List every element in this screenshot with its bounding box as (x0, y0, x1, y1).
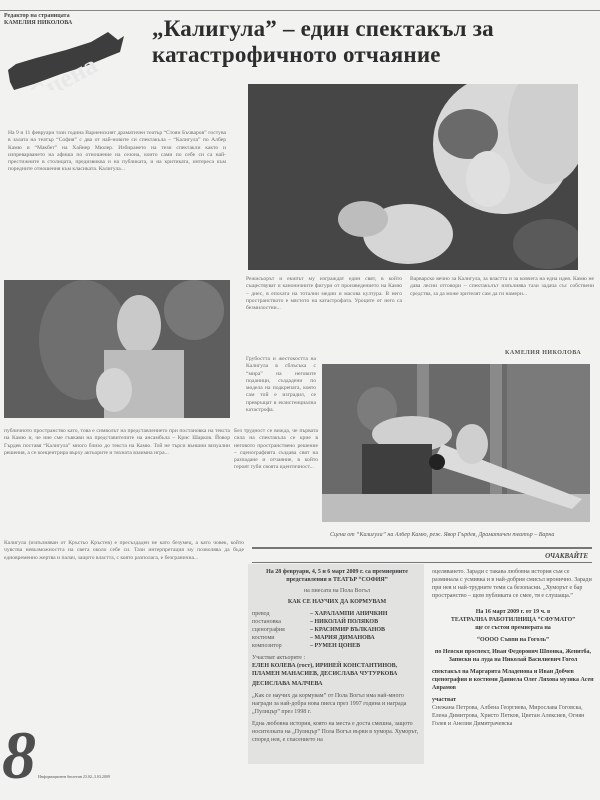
credit-row: превод– ХАРАЛАМПИ АНИЧКИН (252, 610, 422, 618)
article-headline: „Калигула” – един спектакъл за катастроф… (152, 16, 592, 68)
credit-name: – РУМЕН ЦОНЕВ (310, 642, 360, 650)
credit-name: – КРАСИМИР ВЪЛКАНОВ (310, 626, 385, 634)
section-banner: Сцена (6, 30, 126, 90)
credit-role: композитор (252, 642, 310, 650)
article-byline: КАМЕЛИЯ НИКОЛОВА (505, 350, 581, 356)
event1-continuation: оцеляването. Заради с такава любовна ист… (432, 568, 594, 600)
credit-name: – ХАРАЛАМПИ АНИЧКИН (310, 610, 387, 618)
event2-cast: Снежана Петрова, Албена Георгиева, Мирос… (432, 704, 594, 728)
credit-role: костюми (252, 634, 310, 642)
page-number: 8 (2, 720, 36, 790)
event2-cast-label: участват (432, 696, 594, 704)
event1-title: КАК СЕ НАУЧИХ ДА КОРМУВАМ (252, 598, 422, 606)
article-col-mid-lower: Без трудност се вижда, че първата сила н… (234, 428, 318, 528)
newspaper-page: Редактор на страницата КАМЕЛИЯ НИКОЛОВА … (0, 0, 600, 800)
event1-description: „Как се научих да кормувам” от Пола Вогъ… (252, 692, 422, 716)
event2-intro: На 16 март 2009 г. от 19 ч. в (432, 608, 594, 616)
event1-cast: ЕЛЕН КОЛЕВА (гост), ИРИНЕЙ КОНСТАНТИНОВ,… (252, 662, 422, 678)
editor-role: Редактор на страницата (4, 13, 124, 20)
credit-row: композитор– РУМЕН ЦОНЕВ (252, 642, 422, 650)
event1-intro: На 28 февруари, 4, 5 и 6 март 2009 г. са… (252, 568, 422, 584)
credit-name: – НИКОЛАЙ ПОЛЯКОВ (310, 618, 378, 626)
article-col-left-lower: публичното пространство като, това е сим… (4, 428, 230, 538)
section-divider-thin (252, 562, 592, 563)
photo-stage (322, 364, 590, 522)
paragraph: Без трудност се вижда, че първата сила н… (234, 428, 318, 472)
expect-label: ОЧАКВАЙТЕ (545, 552, 588, 560)
event1-subtitle: на пиесата на Пола Вогъл (252, 587, 422, 595)
event2-premiere: ще се състои премиерата на (432, 624, 594, 632)
event2-title: “ОООО Съвпи на Гоголь” (432, 636, 594, 644)
top-rule (0, 10, 600, 11)
credit-role: постановка (252, 618, 310, 626)
credit-row: костюми– МАРИЯ ДИМАНОВА (252, 634, 422, 642)
paragraph: публичното пространство като, това е сим… (4, 428, 230, 457)
photo-left (4, 280, 230, 418)
paragraph: Грубостта и жестокостта на Калигула в сб… (246, 356, 316, 414)
article-col-left-bottom: Калигула (изпълняван от Кръстьо Кръстев)… (4, 540, 244, 730)
event2-venue: ТЕАТРАЛНА РАБОТИЛНИЦА “СФУМАТО” (432, 616, 594, 624)
event1-credits: превод– ХАРАЛАМПИ АНИЧКИН постановка– НИ… (252, 610, 422, 650)
credit-row: сценография– КРАСИМИР ВЪЛКАНОВ (252, 626, 422, 634)
photo-caption: Сцена от “Калигула” на Албер Камю, реж. … (330, 532, 600, 538)
paragraph: Режисьорът и екипът му изграждат един св… (246, 276, 402, 312)
credit-role: сценография (252, 626, 310, 634)
article-col-middle: Режисьорът и екипът му изграждат един св… (246, 276, 402, 356)
article-col-narrow: Грубостта и жестокостта на Калигула в сб… (246, 356, 316, 436)
headline-line-1: „Калигула” – един спектакъл за (152, 16, 592, 42)
intro-paragraph: На 9 и 11 февруари тази година Варненски… (8, 130, 226, 174)
paragraph: Варварско вечно за Калигула, за властта … (410, 276, 594, 298)
event2-credits: спектакъл на Маргарита Младенова и Иван … (432, 668, 594, 692)
paragraph: Калигула (изпълняван от Кръстьо Кръстев)… (4, 540, 244, 562)
headline-line-2: катастрофичното отчаяние (152, 42, 592, 68)
credit-row: постановка– НИКОЛАЙ ПОЛЯКОВ (252, 618, 422, 626)
editor-credit: Редактор на страницата КАМЕЛИЯ НИКОЛОВА (4, 13, 124, 27)
editor-name: КАМЕЛИЯ НИКОЛОВА (4, 20, 124, 27)
event1-cast-label: Участват актьорите : (252, 654, 422, 662)
event1-cast-2: ДЕСИСЛАВА МАЛЧЕВА (252, 680, 422, 688)
event1-description-2: Една любовна история, която на места е д… (252, 720, 422, 744)
event-announcement-2: оцеляването. Заради с такава любовна ист… (432, 568, 594, 768)
footer-source: Информационен бюлетин 23.02–3.03.2009 (38, 774, 110, 779)
event2-authors: по Невски проспект, Иван Федорович Шпонк… (432, 648, 594, 664)
article-intro: На 9 и 11 февруари тази година Варненски… (8, 130, 226, 280)
event-announcement-1: На 28 февруари, 4, 5 и 6 март 2009 г. са… (252, 568, 422, 764)
article-col-right: Варварско вечно за Калигула, за властта … (410, 276, 594, 326)
credit-name: – МАРИЯ ДИМАНОВА (310, 634, 375, 642)
credit-role: превод (252, 610, 310, 618)
photo-top (248, 84, 578, 270)
section-divider (252, 547, 592, 549)
